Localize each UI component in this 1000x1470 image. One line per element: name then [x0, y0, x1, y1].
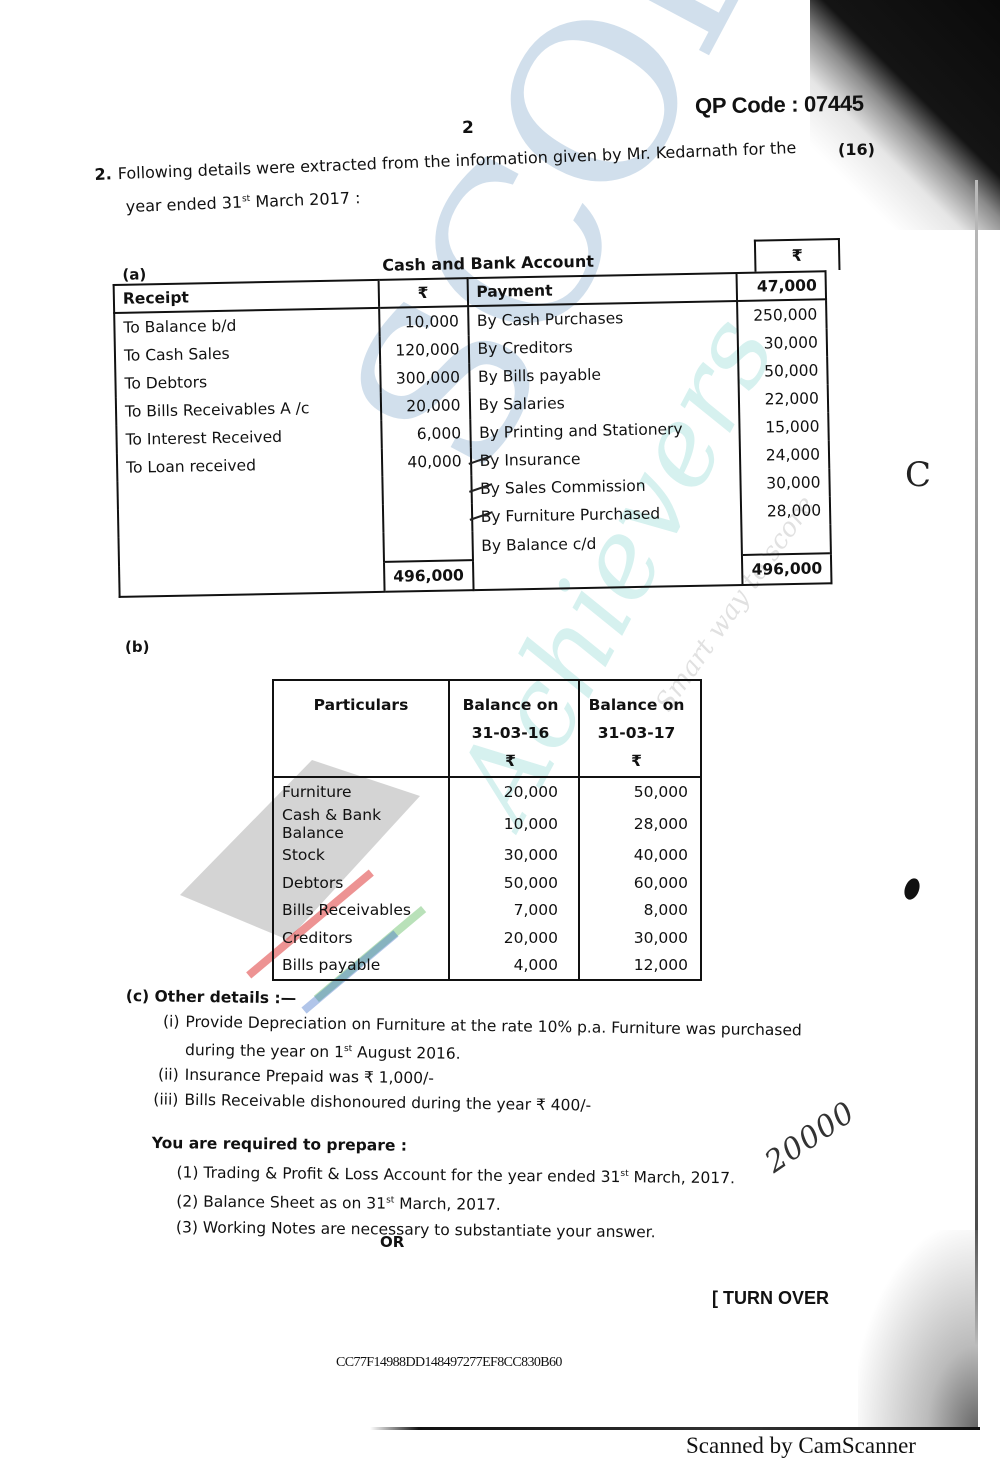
payment-amount: 24,000	[740, 440, 829, 470]
balance-2016: 20,000	[449, 924, 579, 952]
balance-row: Debtors50,00060,000	[273, 869, 701, 897]
balances-table: Particulars Balance on 31-03-16 ₹ Balanc…	[272, 679, 702, 981]
page-bottom-edge	[370, 1427, 980, 1430]
rupee-icon: ₹	[581, 747, 692, 775]
receipt-total: 496,000	[384, 560, 473, 592]
balance-2016: 20,000	[449, 777, 579, 806]
rupee-icon: ₹	[754, 238, 841, 272]
balance-2017: 28,000	[579, 806, 701, 842]
balance-particular: Creditors	[273, 924, 449, 952]
or-separator: OR	[380, 1233, 404, 1251]
payment-amount: 50,000	[739, 356, 828, 386]
particulars-header: Particulars	[273, 680, 449, 777]
question-line: March 2017 :	[250, 188, 361, 211]
payment-amount-cell: 47,000	[737, 271, 826, 301]
account-table: Receipt ₹ Payment 47,000 To Balance b/d1…	[113, 270, 833, 598]
receipt-amount	[383, 503, 472, 533]
receipt-amount: 6,000	[381, 419, 470, 449]
question-marks: (16)	[838, 140, 875, 159]
turn-over-label: [ TURN OVER	[712, 1288, 829, 1309]
balance-row: Cash & Bank Balance10,00028,000	[273, 806, 701, 842]
blank	[473, 555, 743, 590]
question-line: year ended 31	[125, 193, 242, 216]
balance-row: Furniture20,00050,000	[273, 777, 701, 806]
receipt-amount	[382, 475, 471, 505]
qp-code: QP Code : 07445	[695, 91, 864, 120]
balance-2017: 12,000	[579, 952, 701, 981]
balance-2016: 10,000	[449, 806, 579, 842]
balance-2017: 40,000	[579, 842, 701, 870]
balance-2016: 30,000	[449, 842, 579, 870]
question-text: 2.Following details were extracted from …	[94, 133, 798, 223]
balance-2016: 7,000	[449, 897, 579, 925]
balance-2017: 8,000	[579, 897, 701, 925]
payment-amount: 28,000	[741, 496, 830, 526]
payment-amount: 250,000	[737, 299, 826, 330]
blank	[119, 562, 384, 597]
payment-amount	[742, 524, 831, 555]
receipt-amount	[383, 531, 472, 562]
balance-2016-header: Balance on 31-03-16 ₹	[449, 680, 579, 777]
question-number: 2.	[94, 164, 112, 184]
balance-2017-header: Balance on 31-03-17 ₹	[579, 680, 701, 777]
balance-2016: 4,000	[449, 952, 579, 981]
balance-row: Stock30,00040,000	[273, 842, 701, 870]
balance-particular: Bills Receivables	[273, 897, 449, 925]
scan-bottom-shadow	[858, 1230, 978, 1430]
rupee-icon: ₹	[379, 278, 468, 308]
receipt-amount: 300,000	[380, 363, 469, 393]
receipt-amount: 10,000	[379, 306, 468, 337]
requirements: You are required to prepare : (1) Tradin…	[151, 1130, 736, 1246]
balance-row: Bills Receivables7,0008,000	[273, 897, 701, 925]
detail-item: (i) Provide Depreciation on Furniture at…	[145, 1009, 802, 1071]
receipt-amount: 120,000	[380, 335, 469, 365]
scanner-credit: Scanned by CamScanner	[686, 1433, 916, 1459]
balance-particular: Bills payable	[273, 952, 449, 981]
payment-amount: 22,000	[739, 384, 828, 414]
balance-2017: 50,000	[579, 777, 701, 806]
balance-2016: 50,000	[449, 869, 579, 897]
receipt-amount: 20,000	[381, 391, 470, 421]
balance-particular: Stock	[273, 842, 449, 870]
balance-row: Creditors20,00030,000	[273, 924, 701, 952]
balance-particular: Cash & Bank Balance	[273, 806, 449, 842]
balance-particular: Furniture	[273, 777, 449, 806]
balance-particular: Debtors	[273, 869, 449, 897]
receipt-amount: 40,000	[382, 447, 471, 477]
payment-total: 496,000	[742, 553, 831, 585]
payment-amount: 30,000	[738, 328, 827, 358]
payment-particular: By Furniture Purchased	[471, 498, 741, 531]
margin-mark: C	[905, 455, 931, 495]
balance-2017: 30,000	[579, 924, 701, 952]
document-code: CC77F14988DD148497277EF8CC830B60	[336, 1355, 562, 1371]
part-b-label: (b)	[125, 638, 149, 656]
page-number: 2	[462, 118, 474, 138]
requirement-item: (3) Working Notes are necessary to subst…	[151, 1214, 735, 1246]
rupee-icon: ₹	[451, 747, 570, 775]
payment-amount: 15,000	[740, 412, 829, 442]
balance-2017: 60,000	[579, 869, 701, 897]
balance-row: Bills payable4,00012,000	[273, 952, 701, 981]
other-details: (c) Other details :— (i) Provide Depreci…	[124, 984, 802, 1122]
cash-bank-account: (a) Cash and Bank Account ₹ Receipt ₹ Pa…	[112, 238, 849, 598]
punch-hole-icon	[902, 876, 923, 901]
payment-amount: 30,000	[741, 468, 830, 498]
